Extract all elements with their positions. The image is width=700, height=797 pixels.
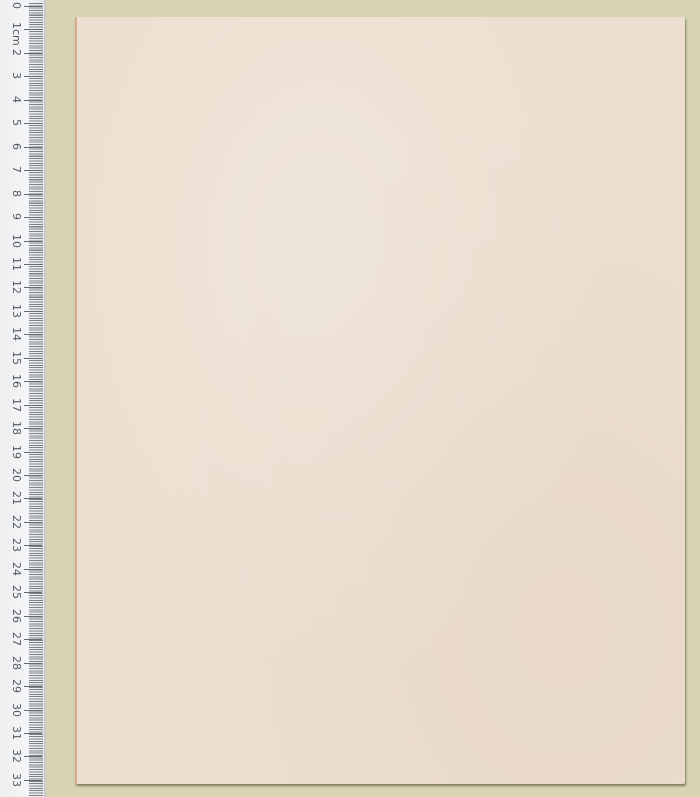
ruler-cm-tick [24, 381, 42, 382]
ruler-cm-label: 23 [8, 538, 22, 552]
ruler-cm-label: 5 [8, 119, 22, 126]
ruler-cm-tick [24, 756, 42, 757]
ruler-cm-tick [24, 241, 42, 242]
ruler-cm-tick [24, 29, 42, 30]
ruler-cm-label: 4 [8, 96, 22, 103]
ruler-cm-label: 31 [8, 726, 22, 740]
ruler-cm-tick [24, 147, 42, 148]
ruler-cm-tick [24, 264, 42, 265]
ruler-cm-tick [24, 100, 42, 101]
ruler-cm-label: 30 [8, 703, 22, 717]
ruler-ticks [29, 3, 43, 797]
ruler-cm-label: 8 [8, 190, 22, 197]
ruler-cm-label: 3 [8, 72, 22, 79]
ruler-cm-label: 29 [8, 679, 22, 693]
ruler-cm-label: 0 [8, 2, 22, 9]
ruler-cm-tick [24, 287, 42, 288]
ruler-cm-tick [24, 123, 42, 124]
ruler-cm-tick [24, 780, 42, 781]
ruler-cm-label: 18 [8, 421, 22, 435]
ruler-cm-tick [24, 663, 42, 664]
ruler-cm-label: 28 [8, 656, 22, 670]
ruler-cm-tick [24, 170, 42, 171]
ruler-cm-tick [24, 639, 42, 640]
ruler-cm-label: 6 [8, 143, 22, 150]
ruler-cm-label: 13 [8, 304, 22, 318]
ruler-cm-tick [24, 545, 42, 546]
ruler-cm-tick [24, 334, 42, 335]
ruler-cm-tick [24, 475, 42, 476]
ruler-cm-label: 16 [8, 374, 22, 388]
ruler-cm-label: 32 [8, 749, 22, 763]
ruler-cm-tick [24, 311, 42, 312]
ruler-cm-tick [24, 522, 42, 523]
ruler-cm-tick [24, 358, 42, 359]
ruler-cm-label: 22 [8, 515, 22, 529]
ruler-cm-label: 12 [8, 280, 22, 294]
ruler-cm-tick [24, 428, 42, 429]
ruler-cm-tick [24, 686, 42, 687]
ruler-cm-label: 1cm [8, 22, 22, 46]
ruler-cm-label: 26 [8, 609, 22, 623]
ruler-cm-label: 2 [8, 49, 22, 56]
ruler-cm-tick [24, 194, 42, 195]
ruler-cm-label: 17 [8, 398, 22, 412]
measurement-ruler: 01cm234567891011121314151617181920212223… [0, 0, 46, 797]
ruler-cm-tick [24, 6, 42, 7]
ruler-cm-label: 24 [8, 562, 22, 576]
ruler-cm-tick [24, 452, 42, 453]
ruler-cm-tick [24, 217, 42, 218]
ruler-cm-label: 33 [8, 773, 22, 787]
ruler-cm-label: 11 [8, 257, 22, 271]
ruler-cm-tick [24, 498, 42, 499]
blank-page [75, 17, 685, 784]
ruler-cm-label: 7 [8, 166, 22, 173]
ruler-cm-label: 25 [8, 585, 22, 599]
ruler-cm-label: 14 [8, 327, 22, 341]
ruler-cm-tick [24, 569, 42, 570]
ruler-cm-label: 15 [8, 351, 22, 365]
ruler-cm-label: 19 [8, 445, 22, 459]
ruler-cm-tick [24, 76, 42, 77]
ruler-cm-tick [24, 592, 42, 593]
ruler-cm-tick [24, 616, 42, 617]
ruler-cm-tick [24, 53, 42, 54]
ruler-cm-label: 9 [8, 213, 22, 220]
ruler-cm-label: 21 [8, 491, 22, 505]
ruler-cm-tick [24, 405, 42, 406]
ruler-cm-label: 20 [8, 468, 22, 482]
ruler-cm-label: 10 [8, 234, 22, 248]
ruler-cm-tick [24, 733, 42, 734]
ruler-cm-label: 27 [8, 632, 22, 646]
ruler-cm-tick [24, 710, 42, 711]
